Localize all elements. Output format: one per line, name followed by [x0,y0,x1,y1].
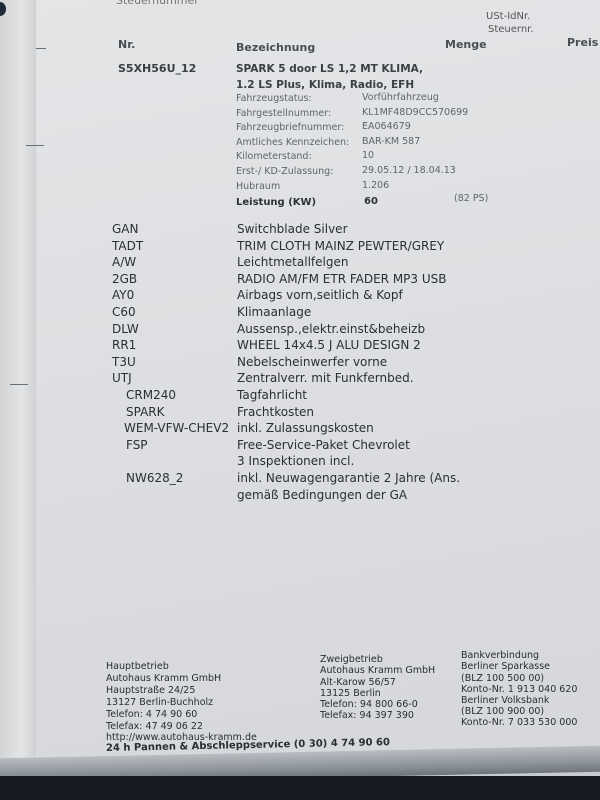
branch-company: Autohaus Kramm GmbH [320,665,435,677]
option-description: inkl. Zulassungskosten [237,421,374,435]
option-description: Zentralverr. mit Funkfernbed. [237,371,414,385]
detail-value: 10 [362,150,374,161]
option-description: Airbags vorn,seitlich & Kopf [237,288,403,302]
detail-value: 1.206 [362,180,389,191]
option-code: TADT [112,239,143,253]
option-description: Switchblade Silver [237,222,348,236]
option-code: A/W [112,255,136,269]
detail-label: Fahrzeugstatus: [236,93,312,104]
option-description: Nebelscheinwerfer vorne [237,355,387,369]
detail-label: Fahrzeugbriefnummer: [236,122,344,133]
option-description: RADIO AM/FM ETR FADER MP3 USB [237,272,447,286]
detail-label: Amtliches Kennzeichen: [236,137,349,148]
fold-mark [26,145,44,146]
option-code: DLW [112,322,139,336]
main-branch-city: 13127 Berlin-Buchholz [106,697,213,709]
detail-value: 29.05.12 / 18.04.13 [362,165,456,176]
option-description: Aussensp.,elektr.einst&beheizb [237,322,425,336]
main-branch-company: Autohaus Kramm GmbH [106,673,221,685]
option-description: TRIM CLOTH MAINZ PEWTER/GREY [237,239,444,253]
detail-value: KL1MF48D9CC570699 [362,107,468,118]
main-branch-phone: Telefon: 4 74 90 60 [106,709,197,721]
punch-hole [0,2,6,16]
ust-id-label: USt-IdNr. [486,11,530,22]
detail-value: Vorführfahrzeug [362,92,439,103]
bank1-name: Berliner Sparkasse [461,661,550,673]
option-description: gemäß Bedingungen der GA [237,488,407,502]
vehicle-title-line1: SPARK 5 door LS 1,2 MT KLIMA, [236,63,423,75]
punch-mark [10,384,28,385]
option-description: Tagfahrlicht [237,388,307,402]
power-label: Leistung (KW) [236,197,316,208]
detail-value: EA064679 [362,121,411,132]
column-header-preis: Preis [567,36,598,49]
option-description: Free-Service-Paket Chevrolet [237,438,410,452]
cut-off-header-text: Steuernummer [116,0,199,7]
detail-label: Kilometerstand: [236,151,312,162]
option-code: UTJ [112,371,132,385]
option-code: GAN [112,222,138,236]
detail-label: Fahrgestellnummer: [236,108,331,119]
main-branch-street: Hauptstraße 24/25 [106,685,195,697]
fold-mark [36,48,46,49]
vehicle-item-number: S5XH56U_12 [118,62,196,75]
option-code: FSP [126,438,148,452]
main-branch-title: Hauptbetrieb [106,661,169,673]
power-value: 60 [364,196,378,207]
option-code: SPARK [126,405,165,419]
option-code: C60 [112,305,136,319]
detail-label: Hubraum [236,181,280,192]
option-code: NW628_2 [126,471,183,485]
option-code: CRM240 [126,388,176,402]
option-code: RR1 [112,338,136,352]
column-header-menge: Menge [445,38,487,51]
background-surface [0,776,600,800]
option-description: inkl. Neuwagengarantie 2 Jahre (Ans. [237,471,460,485]
branch-fax: Telefax: 94 397 390 [320,710,414,722]
sleeve-edge [0,0,37,780]
column-header-bezeichnung: Bezeichnung [236,41,315,54]
option-code: 2GB [112,272,137,286]
option-description: 3 Inspektionen incl. [237,454,354,468]
option-description: Frachtkosten [237,405,314,419]
invoice-page: Steuernummer USt-IdNr. Steuernr. Nr. Bez… [36,0,600,762]
vehicle-title-line2: 1.2 LS Plus, Klima, Radio, EFH [236,79,414,91]
option-code: T3U [112,355,136,369]
power-ps: (82 PS) [454,193,488,204]
detail-label: Erst-/ KD-Zulassung: [236,166,333,177]
option-description: Klimaanlage [237,305,311,319]
option-code: AY0 [112,288,134,302]
option-description: Leichtmetallfelgen [237,255,348,269]
option-description: WHEEL 14x4.5 J ALU DESIGN 2 [237,338,421,352]
steuernr-label: Steuernr. [488,24,534,35]
option-code: WEM-VFW-CHEV2 [124,421,229,435]
column-header-nr: Nr. [118,38,135,51]
detail-value: BAR-KM 587 [362,136,420,147]
bank2-account: Konto-Nr. 7 033 530 000 [461,717,577,729]
